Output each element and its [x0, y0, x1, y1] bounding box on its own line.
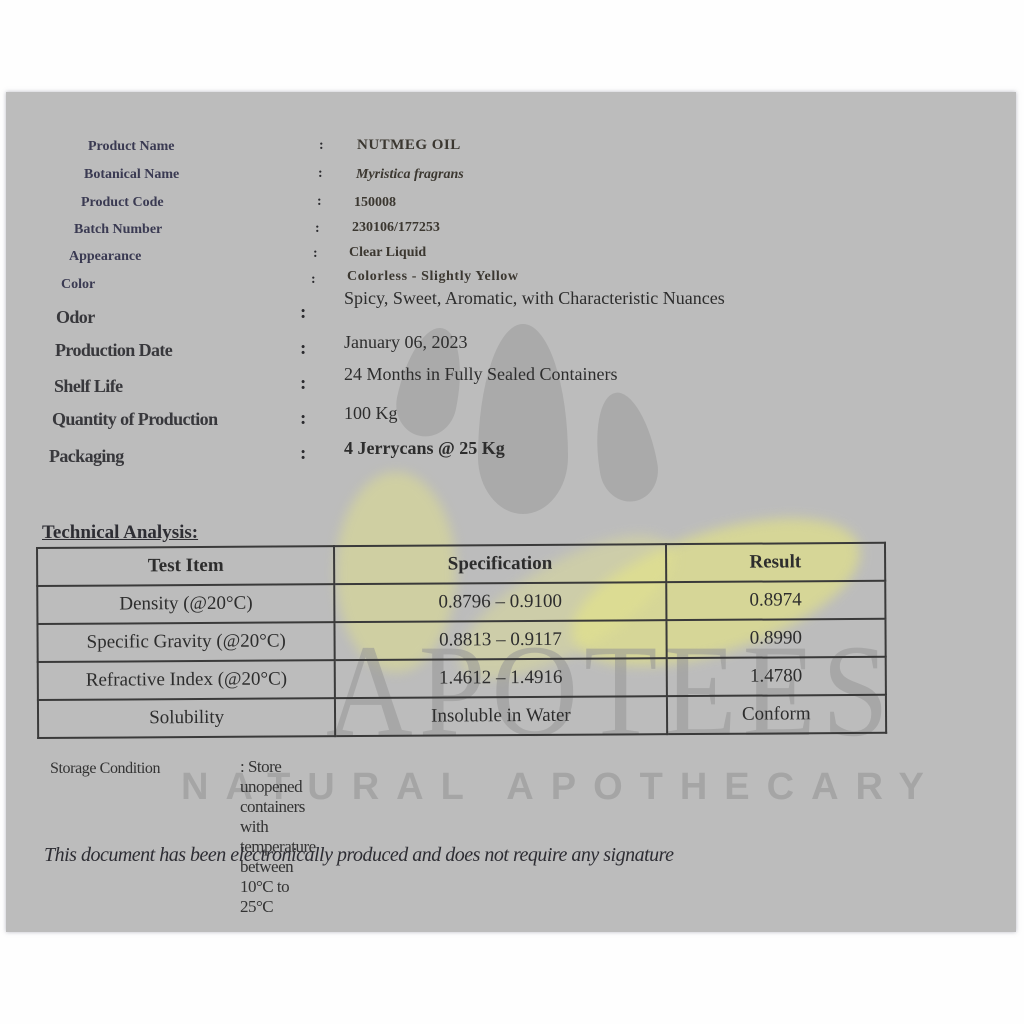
specification-cell: 0.8796 – 0.9100 [334, 582, 665, 622]
column-header: Specification [334, 544, 665, 584]
shelf-life-value: 24 Months in Fully Sealed Containers [344, 364, 618, 384]
info-label: Batch Number [74, 222, 162, 237]
watermark-drop-icon [478, 324, 568, 514]
info-label: Appearance [69, 249, 141, 264]
info-label: Production Date [55, 340, 172, 360]
table-row: Density (@20°C) 0.8796 – 0.9100 0.8974 [37, 581, 885, 624]
info-row-shelf-life: Shelf Life [54, 376, 123, 397]
document-page: APOTEES NATURAL APOTHECARY Product Name … [6, 92, 1016, 932]
info-label: Quantity of Production [52, 409, 217, 429]
result-cell: 0.8990 [666, 619, 886, 658]
specification-cell: 1.4612 – 1.4916 [335, 658, 666, 698]
production-date-value: January 06, 2023 [344, 332, 467, 352]
info-label: Color [61, 277, 95, 292]
test-item-cell: Solubility [38, 698, 335, 738]
product-name-value: NUTMEG OIL [357, 137, 461, 153]
packaging-value: 4 Jerrycans @ 25 Kg [344, 438, 505, 458]
storage-condition: Storage Condition : Store unopened conta… [50, 760, 160, 778]
table-row: Refractive Index (@20°C) 1.4612 – 1.4916… [38, 657, 886, 700]
info-row-product-name: Product Name [88, 137, 174, 155]
separator: : [300, 443, 306, 465]
separator: : [315, 221, 320, 237]
info-row-color: Color [61, 275, 95, 293]
technical-analysis-table: Test Item Specification Result Density (… [36, 542, 887, 739]
table-row: Specific Gravity (@20°C) 0.8813 – 0.9117… [37, 619, 885, 662]
info-row-production-date: Production Date [55, 340, 172, 361]
column-header: Test Item [37, 546, 334, 586]
info-row-botanical-name: Botanical Name [84, 165, 179, 183]
info-value: Spicy, Sweet, Aromatic, with Characteris… [344, 288, 725, 309]
info-label: Packaging [49, 446, 124, 466]
separator: : [317, 194, 322, 210]
watermark-drop-icon [587, 388, 663, 506]
batch-number-value: 230106/177253 [352, 220, 440, 235]
info-label: Product Name [88, 139, 174, 154]
separator: : [300, 408, 306, 430]
separator: : [300, 373, 306, 395]
botanical-name-value: Myristica fragrans [356, 167, 464, 182]
info-row-product-code: Product Code [81, 193, 164, 211]
info-value: 150008 [354, 193, 396, 211]
info-value: Myristica fragrans [356, 165, 464, 183]
appearance-value: Clear Liquid [349, 245, 426, 260]
info-row-appearance: Appearance [69, 247, 141, 265]
specification-cell: Insoluble in Water [335, 696, 666, 736]
info-value: 24 Months in Fully Sealed Containers [344, 364, 618, 385]
specification-cell: 0.8813 – 0.9117 [335, 620, 666, 660]
info-row-quantity: Quantity of Production [52, 409, 217, 430]
info-label: Odor [56, 307, 95, 327]
info-value: 100 Kg [344, 403, 398, 424]
footer-note: This document has been electronically pr… [44, 844, 674, 867]
odor-value: Spicy, Sweet, Aromatic, with Characteris… [344, 288, 725, 308]
product-code-value: 150008 [354, 195, 396, 210]
separator: : [300, 302, 306, 324]
info-value: Clear Liquid [349, 243, 426, 261]
separator: : [311, 272, 316, 288]
separator: : [300, 338, 306, 360]
section-title-technical-analysis: Technical Analysis: [42, 522, 198, 544]
separator: : [318, 166, 323, 182]
info-value: NUTMEG OIL [357, 136, 461, 154]
info-row-packaging: Packaging [49, 446, 124, 467]
table-row: Solubility Insoluble in Water Conform [38, 695, 886, 738]
info-value: 4 Jerrycans @ 25 Kg [344, 438, 505, 459]
info-value: January 06, 2023 [344, 332, 467, 353]
separator: : [313, 246, 318, 262]
table-header-row: Test Item Specification Result [37, 543, 885, 586]
info-row-odor: Odor [56, 307, 95, 328]
column-header: Result [665, 543, 885, 582]
test-item-cell: Specific Gravity (@20°C) [37, 622, 334, 662]
result-cell: 1.4780 [666, 657, 886, 696]
info-label: Botanical Name [84, 167, 179, 182]
result-cell: 0.8974 [666, 581, 886, 620]
info-label: Product Code [81, 195, 164, 210]
storage-condition-label: Storage Condition [50, 760, 160, 777]
info-row-batch-number: Batch Number [74, 220, 162, 238]
separator: : [319, 138, 324, 154]
quantity-value: 100 Kg [344, 403, 398, 423]
info-value: 230106/177253 [352, 218, 440, 236]
test-item-cell: Density (@20°C) [37, 584, 334, 624]
storage-condition-value: : Store unopened containers with tempera… [240, 757, 316, 917]
info-value: Colorless - Slightly Yellow [347, 267, 519, 285]
info-label: Shelf Life [54, 376, 123, 396]
result-cell: Conform [666, 695, 886, 734]
test-item-cell: Refractive Index (@20°C) [38, 660, 335, 700]
color-value: Colorless - Slightly Yellow [347, 269, 519, 284]
